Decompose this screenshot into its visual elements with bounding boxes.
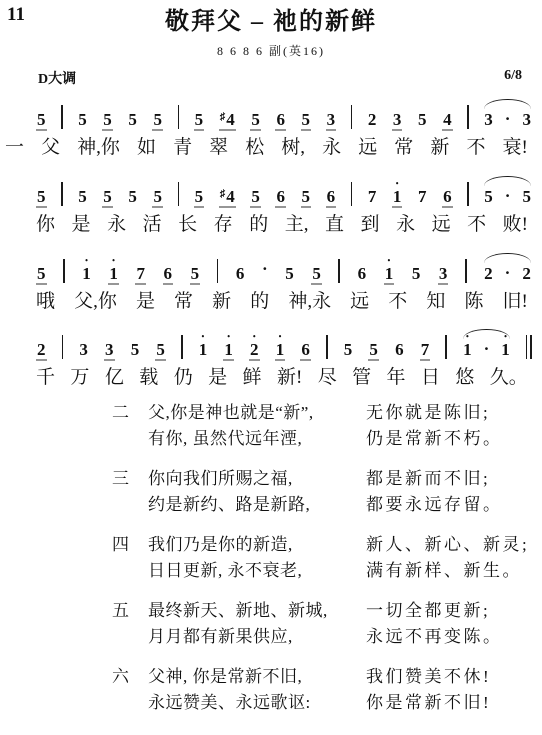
verse-text-right: 你是常新不旧! [366, 690, 534, 716]
lyric-syllable: 活 [143, 214, 162, 237]
lyric-syllable: 久。 [490, 367, 528, 390]
verse-body: 我们乃是你的新造,新人、新心、新灵;日日更新, 永不衰老,满有新样、新生。 [148, 532, 534, 583]
note: 2 [521, 265, 532, 285]
music-lyric-unit: 5117656·5561532·2哦父,你是常新的神,永远不知陈旧! [0, 246, 542, 314]
lyric-syllable: 父,你 [74, 291, 117, 314]
duration-dot: · [505, 110, 511, 127]
lyric-syllable: 神,你 [77, 137, 120, 160]
key-signature: D大调 [38, 68, 76, 88]
tie-group: 5·5 [483, 187, 532, 208]
verse-line: 父,你是神也就是“新”,无你就是陈旧; [148, 400, 534, 426]
verse: 五最终新天、新地、新城,一切全都更新;月月都有新果供应,永远不再变陈。 [112, 598, 534, 649]
note: 5 [127, 188, 138, 208]
note: 6 [300, 341, 311, 361]
lyric-syllable: 衰! [503, 137, 528, 160]
barline [467, 182, 469, 206]
verse-body: 最终新天、新地、新城,一切全都更新;月月都有新果供应,永远不再变陈。 [148, 598, 534, 649]
verse: 三你向我们所赐之福,都是新而不旧;约是新约、路是新路,都要永远存留。 [112, 466, 534, 517]
lyric-syllable: 亿 [105, 367, 124, 390]
key-row: D大调 6/8 [0, 59, 542, 88]
verse-text-left: 月月都有新果供应, [148, 624, 366, 650]
verse-line: 日日更新, 永不衰老,满有新样、新生。 [148, 558, 534, 584]
note: 5 [102, 188, 113, 208]
verse: 四我们乃是你的新造,新人、新心、新灵;日日更新, 永不衰老,满有新样、新生。 [112, 532, 534, 583]
duration-dot: · [505, 187, 511, 204]
note: 5 [301, 188, 312, 208]
verse-number: 三 [112, 466, 148, 517]
verse: 二父,你是神也就是“新”,无你就是陈旧;有你, 虽然代远年湮,仍是常新不朽。 [112, 400, 534, 451]
note: 5 [368, 341, 379, 361]
note: 1 [462, 341, 473, 361]
barline [351, 105, 353, 129]
note: 7 [367, 188, 378, 208]
lyric-syllable: 一 [5, 137, 24, 160]
hymn-sheet-page: 11 敬拜父 – 祂的新鲜 8 6 8 6 副(英16) D大调 6/8 555… [0, 0, 542, 735]
verse-text-right: 一切全都更新; [366, 598, 534, 624]
lyric-syllable: 松 [245, 137, 264, 160]
note: 5 [521, 188, 532, 208]
lyric-syllable: 青 [173, 137, 192, 160]
note: 5 [155, 341, 166, 361]
lyric-syllable: 直 [325, 214, 344, 237]
note: 3 [438, 265, 449, 285]
note: ♯4 [219, 188, 236, 208]
lyric-syllable: 尽 [318, 367, 337, 390]
verse: 六父神, 你是常新不旧,我们赞美不休!永远赞美、永远歌讴:你是常新不旧! [112, 664, 534, 715]
lyric-line: 你是永活长存的主,直到永远不败! [36, 214, 528, 237]
lyric-syllable: 的 [250, 291, 269, 314]
lyric-syllable: 千 [36, 367, 55, 390]
verse-line: 你向我们所赐之福,都是新而不旧; [148, 466, 534, 492]
verse-number: 四 [112, 532, 148, 583]
tie-group: 1·1 [462, 340, 511, 361]
barline [351, 182, 353, 206]
lyric-syllable: 翠 [209, 137, 228, 160]
verse-text-left: 父神, 你是常新不旧, [148, 664, 366, 690]
lyric-syllable: 旧! [503, 291, 528, 314]
final-barline [526, 335, 532, 359]
barline [181, 335, 183, 359]
note: 3 [78, 341, 89, 361]
note: 5 [194, 188, 205, 208]
lyric-line: 一父神,你如青翠松树,永远常新不衰! [5, 137, 528, 160]
verse-text-right: 新人、新心、新灵; [366, 532, 534, 558]
verse-text-right: 仍是常新不朽。 [366, 426, 534, 452]
note: 5 [152, 188, 163, 208]
tie-group: 3·3 [483, 110, 532, 131]
verse-body: 父神, 你是常新不旧,我们赞美不休!永远赞美、永远歌讴:你是常新不旧! [148, 664, 534, 715]
music-lyric-unit: 233551121655671·1千万亿载仍是鲜新!尽管年日悠久。 [0, 322, 542, 390]
lyric-syllable: 新 [212, 291, 231, 314]
barline [467, 105, 469, 129]
note: 3 [104, 341, 115, 361]
note: 6 [163, 265, 174, 285]
lyric-syllable: 管 [352, 367, 371, 390]
note: 1 [81, 265, 92, 285]
music-section: 555555♯4565323543·3一父神,你如青翠松树,永远常新不衰!555… [0, 92, 542, 390]
note: 5 [36, 188, 47, 208]
lyric-syllable: 悠 [455, 367, 474, 390]
lyric-syllable: 是 [72, 214, 91, 237]
verse-text-left: 你向我们所赐之福, [148, 466, 366, 492]
barline [61, 105, 63, 129]
verse-line: 月月都有新果供应,永远不再变陈。 [148, 624, 534, 650]
lyric-syllable: 载 [139, 367, 158, 390]
note: 6 [326, 188, 337, 208]
note: 3 [326, 111, 337, 131]
lyric-syllable: 鲜 [243, 367, 262, 390]
duration-dot: · [505, 264, 511, 281]
note: 7 [135, 265, 146, 285]
lyric-syllable: 陈 [464, 291, 483, 314]
note: 5 [194, 111, 205, 131]
note: 5 [250, 111, 261, 131]
verse-text-right: 永远不再变陈。 [366, 624, 534, 650]
music-lyric-unit: 555555♯4565323543·3一父神,你如青翠松树,永远常新不衰! [0, 92, 542, 160]
lyric-syllable: 知 [426, 291, 445, 314]
note: 6 [275, 111, 286, 131]
note: 6 [394, 341, 405, 361]
barline [178, 182, 180, 206]
verse-text-left: 永远赞美、永远歌讴: [148, 690, 366, 716]
verse-body: 你向我们所赐之福,都是新而不旧;约是新约、路是新路,都要永远存留。 [148, 466, 534, 517]
notation-line: 5117656·5561532·2 [36, 246, 532, 285]
note: 6 [275, 188, 286, 208]
lyric-syllable: 存 [214, 214, 233, 237]
lyric-syllable: 年 [387, 367, 406, 390]
lyric-syllable: 远 [432, 214, 451, 237]
lyric-syllable: 不 [467, 214, 486, 237]
verse-line: 约是新约、路是新路,都要永远存留。 [148, 492, 534, 518]
hymn-title: 敬拜父 – 祂的新鲜 [0, 7, 542, 37]
hymn-meter: 8 6 8 6 副(英16) [0, 42, 542, 59]
lyric-syllable: 日 [421, 367, 440, 390]
lyric-syllable: 新! [277, 367, 302, 390]
lyric-syllable: 如 [137, 137, 156, 160]
note: 5 [250, 188, 261, 208]
lyric-syllable: 是 [136, 291, 155, 314]
verse-text-right: 满有新样、新生。 [366, 558, 534, 584]
lyric-syllable: 神,永 [288, 291, 331, 314]
lyric-syllable: 是 [208, 367, 227, 390]
lyric-syllable: 万 [70, 367, 89, 390]
verse-line: 最终新天、新地、新城,一切全都更新; [148, 598, 534, 624]
barline [445, 335, 447, 359]
verse-text-right: 都要永远存留。 [366, 492, 534, 518]
note: 6 [235, 265, 246, 285]
note: 2 [36, 341, 47, 361]
lyric-syllable: 远 [358, 137, 377, 160]
note: 7 [420, 341, 431, 361]
verse-text-left: 有你, 虽然代远年湮, [148, 426, 366, 452]
note: 4 [442, 111, 453, 131]
lyric-syllable: 常 [394, 137, 413, 160]
lyric-syllable: 永 [322, 137, 341, 160]
lyric-syllable: 你 [36, 214, 55, 237]
note: 1 [198, 341, 209, 361]
note: 1 [500, 341, 511, 361]
sharp-sign: ♯ [220, 111, 226, 123]
note: 5 [127, 111, 138, 131]
note: 3 [483, 111, 494, 131]
notation-line: 555555♯4565671765·5 [36, 169, 532, 208]
verse-line: 父神, 你是常新不旧,我们赞美不休! [148, 664, 534, 690]
note: 6 [442, 188, 453, 208]
note: 1 [392, 188, 403, 208]
lyric-syllable: 永 [107, 214, 126, 237]
verse-line: 永远赞美、永远歌讴:你是常新不旧! [148, 690, 534, 716]
lyric-syllable: 的 [249, 214, 268, 237]
note: ♯4 [219, 111, 236, 131]
barline [465, 259, 467, 283]
lyric-syllable: 败! [503, 214, 528, 237]
note: 5 [130, 341, 141, 361]
note: 1 [275, 341, 286, 361]
note: 5 [343, 341, 354, 361]
lyric-syllable: 哦 [36, 291, 55, 314]
verse-text-left: 约是新约、路是新路, [148, 492, 366, 518]
hymn-number: 11 [7, 4, 25, 26]
lyric-line: 哦父,你是常新的神,永远不知陈旧! [36, 291, 528, 314]
verse-text-left: 我们乃是你的新造, [148, 532, 366, 558]
barline [338, 259, 340, 283]
verse-number: 五 [112, 598, 148, 649]
music-lyric-unit: 555555♯4565671765·5你是永活长存的主,直到永远不败! [0, 169, 542, 237]
note: 5 [483, 188, 494, 208]
barline [62, 335, 64, 359]
sharp-sign: ♯ [220, 188, 226, 200]
verse-text-right: 我们赞美不休! [366, 664, 534, 690]
notation-line: 233551121655671·1 [36, 322, 532, 361]
note: 5 [152, 111, 163, 131]
verse-text-left: 日日更新, 永不衰老, [148, 558, 366, 584]
lyric-line: 千万亿载仍是鲜新!尽管年日悠久。 [36, 367, 528, 390]
lyric-syllable: 远 [350, 291, 369, 314]
note: 5 [77, 188, 88, 208]
note: 7 [417, 188, 428, 208]
note: 3 [521, 111, 532, 131]
duration-dot: · [484, 340, 490, 357]
lyric-syllable: 父 [41, 137, 60, 160]
note: 1 [384, 265, 395, 285]
note: 5 [190, 265, 201, 285]
verse-text-left: 父,你是神也就是“新”, [148, 400, 366, 426]
verse-text-right: 都是新而不旧; [366, 466, 534, 492]
note: 1 [223, 341, 234, 361]
lyric-syllable: 仍 [174, 367, 193, 390]
barline [63, 259, 65, 283]
note: 5 [417, 111, 428, 131]
lyric-syllable: 新 [430, 137, 449, 160]
verse-line: 我们乃是你的新造,新人、新心、新灵; [148, 532, 534, 558]
verses-section: 二父,你是神也就是“新”,无你就是陈旧;有你, 虽然代远年湮,仍是常新不朽。三你… [0, 400, 542, 715]
note: 5 [301, 111, 312, 131]
note: 6 [357, 265, 368, 285]
note: 2 [249, 341, 260, 361]
note: 3 [392, 111, 403, 131]
verse-number: 六 [112, 664, 148, 715]
lyric-syllable: 长 [178, 214, 197, 237]
barline [217, 259, 219, 283]
verse-number: 二 [112, 400, 148, 451]
barline [178, 105, 180, 129]
note: 1 [108, 265, 119, 285]
lyric-syllable: 永 [396, 214, 415, 237]
duration-dot: · [262, 260, 268, 277]
lyric-syllable: 不 [466, 137, 485, 160]
note: 5 [411, 265, 422, 285]
barline [61, 182, 63, 206]
barline [326, 335, 328, 359]
note: 5 [36, 111, 47, 131]
lyric-syllable: 常 [174, 291, 193, 314]
note: 2 [483, 265, 494, 285]
verse-text-right: 无你就是陈旧; [366, 400, 534, 426]
note: 2 [367, 111, 378, 131]
lyric-syllable: 到 [361, 214, 380, 237]
time-signature: 6/8 [504, 68, 522, 88]
tie-group: 2·2 [483, 264, 532, 285]
verse-body: 父,你是神也就是“新”,无你就是陈旧;有你, 虽然代远年湮,仍是常新不朽。 [148, 400, 534, 451]
note: 5 [102, 111, 113, 131]
note: 5 [77, 111, 88, 131]
lyric-syllable: 树, [281, 137, 305, 160]
notation-line: 555555♯4565323543·3 [36, 92, 532, 131]
lyric-syllable: 不 [388, 291, 407, 314]
note: 5 [284, 265, 295, 285]
verse-text-left: 最终新天、新地、新城, [148, 598, 366, 624]
note: 5 [311, 265, 322, 285]
lyric-syllable: 主, [285, 214, 309, 237]
verse-line: 有你, 虽然代远年湮,仍是常新不朽。 [148, 426, 534, 452]
note: 5 [36, 265, 47, 285]
